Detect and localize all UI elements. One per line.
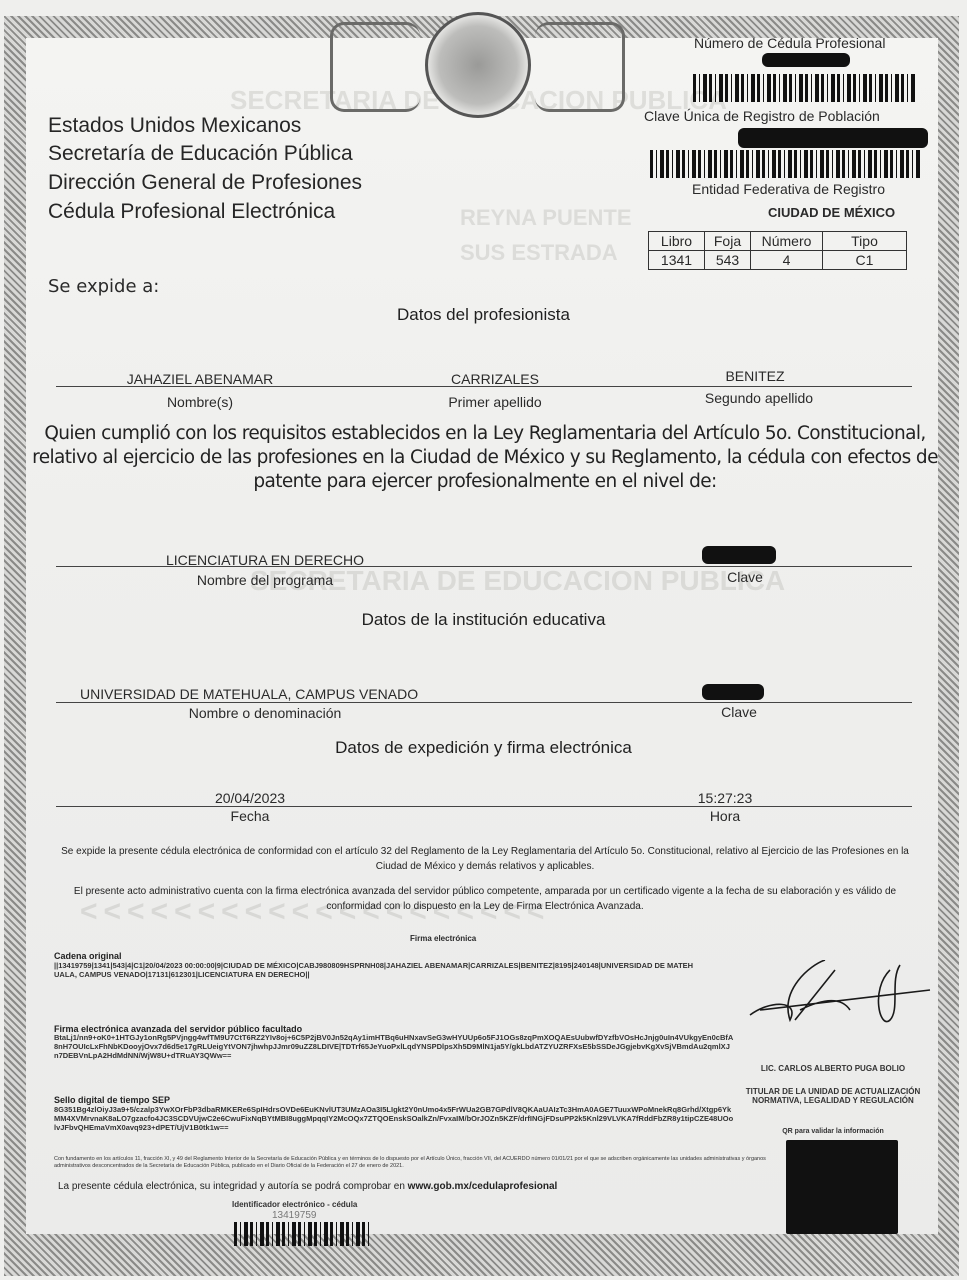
divider [56, 806, 912, 807]
tipo-header: Tipo [823, 232, 907, 251]
cedula-number-redacted [762, 53, 850, 67]
verify-line: La presente cédula electrónica, su integ… [58, 1181, 557, 1192]
compliance-statement: Quien cumplió con los requisitos estable… [30, 422, 940, 494]
identificador-value: 13419759 [272, 1210, 317, 1221]
curp-label: Clave Única de Registro de Población [644, 108, 880, 124]
identificador-label: Identificador electrónico - cédula [232, 1200, 357, 1209]
verify-url-link[interactable]: www.gob.mx/cedulaprofesional [408, 1181, 558, 1192]
cadena-title: Cadena original [54, 951, 122, 961]
cedula-number-label: Número de Cédula Profesional [694, 35, 885, 51]
cedula-document: SECRETARIA DE EDUCACION PUBLICA REYNA PU… [0, 0, 967, 1280]
header-country: Estados Unidos Mexicanos [48, 114, 301, 138]
divider [56, 702, 912, 703]
primer-apellido-value: CARRIZALES [400, 371, 590, 387]
firma-avanzada-value: BtaLj1/nn9+oK0+1HTGJy1onRg5PVjngg4wfTM9U… [54, 1033, 734, 1060]
entidad-label: Entidad Federativa de Registro [692, 181, 885, 197]
tipo-value: C1 [823, 251, 907, 270]
institucion-value: UNIVERSIDAD DE MATEHUALA, CAMPUS VENADO [60, 686, 460, 702]
identificador-barcode [234, 1222, 370, 1246]
sello-title: Sello digital de tiempo SEP [54, 1095, 170, 1105]
libro-value: 1341 [649, 251, 705, 270]
legal-paragraph-2: El presente acto administrativo cuenta c… [50, 884, 920, 914]
institucion-clave-label: Clave [699, 704, 779, 720]
handwritten-signature-icon [740, 960, 940, 1030]
fundamento-text: Con fundamento en los artículos 11, frac… [54, 1156, 774, 1170]
emblem-scroll-left-icon [330, 22, 420, 112]
verify-prefix: La presente cédula electrónica, su integ… [58, 1181, 405, 1192]
cedula-barcode [693, 74, 915, 102]
hora-label: Hora [670, 808, 780, 824]
divider [56, 386, 912, 387]
emblem-scroll-right-icon [535, 22, 625, 112]
legal-paragraph-1: Se expide la presente cédula electrónica… [50, 844, 920, 874]
section-expedicion-title: Datos de expedición y firma electrónica [0, 738, 967, 758]
header-secretaria: Secretaría de Educación Pública [48, 142, 353, 166]
numero-value: 4 [751, 251, 823, 270]
registry-table: Libro Foja Número Tipo 1341 543 4 C1 [648, 231, 907, 270]
signer-title: TITULAR DE LA UNIDAD DE ACTUALIZACIÓN NO… [728, 1087, 938, 1105]
sello-value: 8G351Bg4zlOiyJ3a9+5/czalp3YwXOrFbP3dbaRM… [54, 1105, 734, 1132]
hora-value: 15:27:23 [670, 790, 780, 806]
fecha-value: 20/04/2023 [180, 790, 320, 806]
entidad-value: CIUDAD DE MÉXICO [768, 205, 895, 220]
segundo-apellido-label: Segundo apellido [664, 390, 854, 406]
foja-header: Foja [705, 232, 751, 251]
cadena-value: ||13419759|1341|543|4|C1|20/04/2023 00:0… [54, 961, 694, 979]
qr-label: QR para validar la información [728, 1128, 938, 1135]
fecha-label: Fecha [180, 808, 320, 824]
firma-label: Firma electrónica [410, 934, 476, 943]
curp-barcode [650, 150, 922, 178]
section-institucion-title: Datos de la institución educativa [0, 610, 967, 630]
divider [56, 566, 912, 567]
qr-code-redacted[interactable] [786, 1140, 898, 1234]
programa-label: Nombre del programa [150, 572, 380, 588]
programa-clave-redacted [702, 546, 776, 564]
institucion-label: Nombre o denominación [150, 705, 380, 721]
segundo-apellido-value: BENITEZ [660, 368, 850, 384]
nombre-value: JAHAZIEL ABENAMAR [100, 371, 300, 387]
programa-clave-label: Clave [705, 569, 785, 585]
signer-name: LIC. CARLOS ALBERTO PUGA BOLIO [728, 1064, 938, 1073]
section-profesionista-title: Datos del profesionista [0, 305, 967, 325]
watermark: SUS ESTRADA [460, 240, 618, 266]
primer-apellido-label: Primer apellido [400, 394, 590, 410]
numero-header: Número [751, 232, 823, 251]
header-direccion: Dirección General de Profesiones [48, 171, 362, 195]
header-doc-type: Cédula Profesional Electrónica [48, 200, 335, 224]
institucion-clave-redacted [702, 684, 764, 700]
watermark: REYNA PUENTE [460, 205, 632, 231]
mexico-seal-icon [425, 12, 531, 118]
foja-value: 543 [705, 251, 751, 270]
libro-header: Libro [649, 232, 705, 251]
nombre-label: Nombre(s) [100, 394, 300, 410]
se-expide-label: Se expide a: [48, 276, 159, 297]
curp-redacted [738, 128, 928, 148]
